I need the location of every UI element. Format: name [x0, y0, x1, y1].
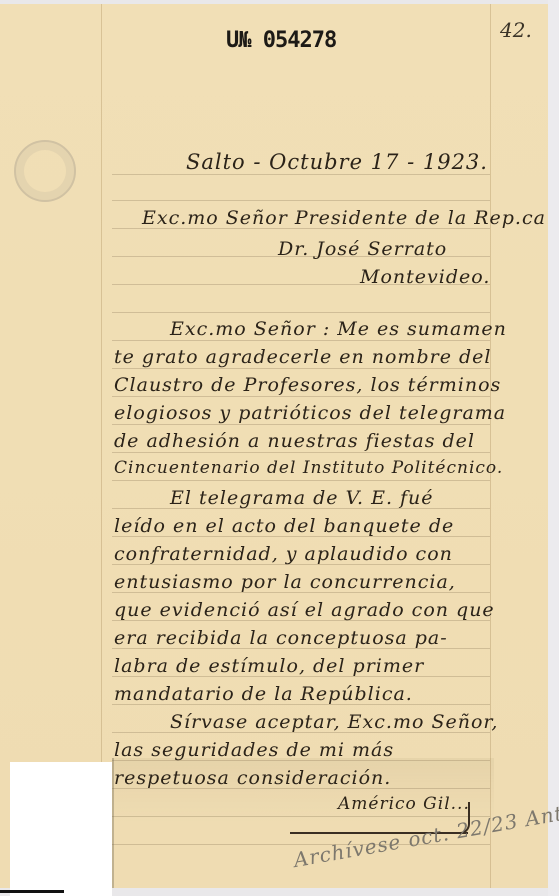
body-line: las seguridades de mi más [114, 739, 394, 761]
body-line: leído en el acto del banquete de [114, 515, 454, 537]
ruled-line [112, 312, 490, 313]
address-line: Montevideo. [360, 266, 490, 288]
body-line: entusiasmo por la concurrencia, [114, 571, 456, 593]
seal-stamp-icon [14, 140, 76, 202]
body-line: era recibida la conceptuosa pa- [114, 627, 448, 649]
body-line: El telegrama de V. E. fué [170, 487, 434, 509]
place-date: Salto - Octubre 17 - 1923. [186, 150, 488, 174]
address-line: Dr. José Serrato [278, 238, 447, 260]
scan-edge-bar [0, 890, 64, 893]
body-line: Cincuentenario del Instituto Politécnico… [114, 458, 503, 478]
ruled-line [112, 368, 490, 369]
body-line: elogiosos y patrióticos del telegrama [114, 402, 506, 424]
body-line: te grato agradecerle en nombre del [114, 346, 491, 368]
body-line: que evidenció así el agrado con que [114, 599, 495, 621]
address-line: Exc.mo Señor Presidente de la Rep.ca [142, 207, 546, 229]
right-margin-line [490, 4, 491, 888]
signature: Américo Gil... [338, 794, 470, 814]
ruled-line [112, 424, 490, 425]
body-line: de adhesión a nuestras fiestas del [114, 430, 475, 452]
body-line: Sírvase aceptar, Exc.mo Señor, [170, 711, 498, 733]
body-line: labra de estímulo, del primer [114, 655, 424, 677]
ruled-line [112, 174, 490, 175]
ruled-line [112, 340, 490, 341]
ruled-line [112, 452, 490, 453]
body-line: Exc.mo Señor : Me es sumamen [170, 318, 507, 340]
ruled-line [112, 396, 490, 397]
body-line: mandatario de la República. [114, 683, 413, 705]
ruled-line [112, 200, 490, 201]
blank-scan-area [10, 762, 112, 896]
body-line: Claustro de Profesores, los términos [114, 374, 501, 396]
body-line: respetuosa consideración. [114, 767, 391, 789]
scan-edge [548, 0, 559, 896]
body-line: confraternidad, y aplaudido con [114, 543, 453, 565]
left-margin-line [101, 4, 102, 888]
serial-number: U№ 054278 [226, 28, 336, 53]
folio-number: 42. [500, 18, 532, 42]
ruled-line [112, 480, 490, 481]
